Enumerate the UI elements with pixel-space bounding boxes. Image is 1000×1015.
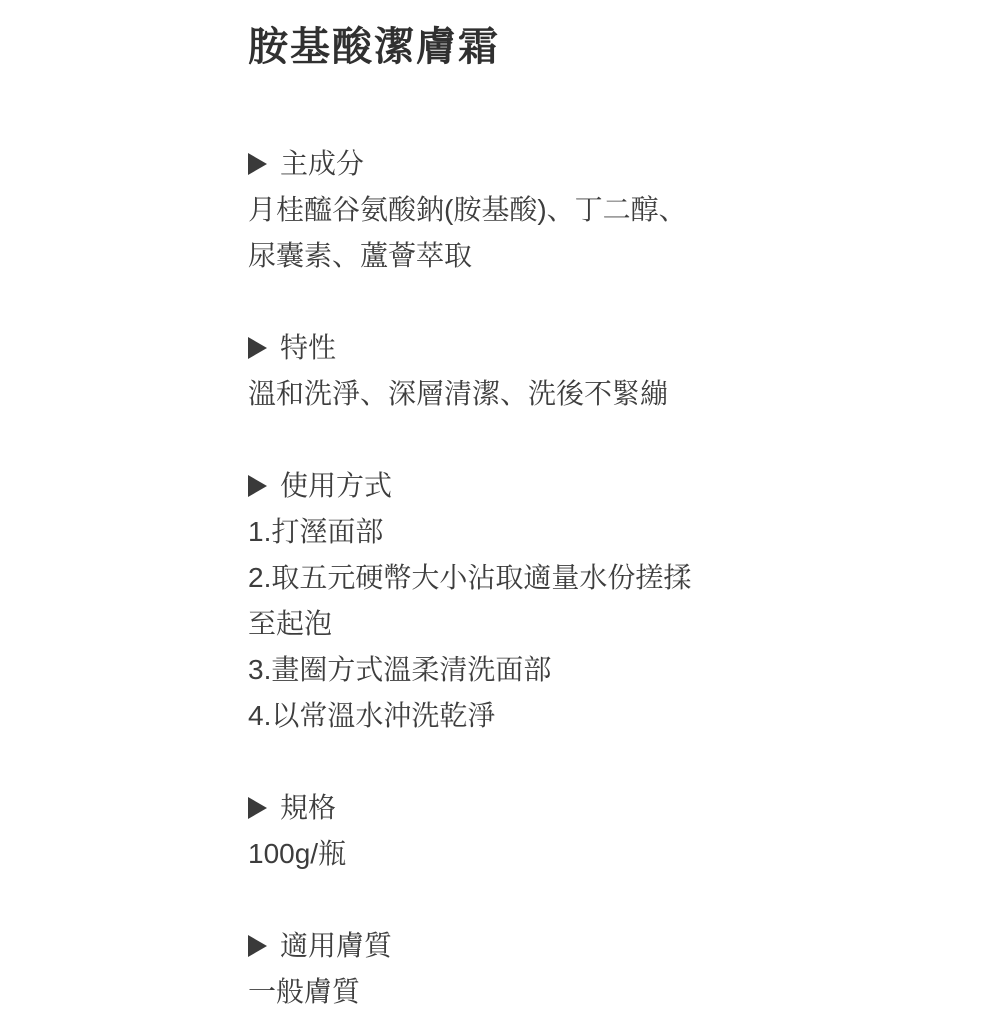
text-line: 至起泡 [248,601,788,647]
section-title: 特性 [280,325,336,371]
text-line: 100g/瓶 [248,831,788,877]
section-header: 適用膚質 [248,923,788,969]
section-header: 使用方式 [248,463,788,509]
text-line: 溫和洗淨、深層清潔、洗後不緊繃 [248,371,788,417]
triangle-marker-icon [248,153,267,175]
triangle-marker-icon [248,475,267,497]
section-title: 規格 [280,785,336,831]
text-line: 3.畫圈方式溫柔清洗面部 [248,647,788,693]
text-line: 尿囊素、蘆薈萃取 [248,233,788,279]
page-title: 胺基酸潔膚霜 [248,25,788,69]
triangle-marker-icon [248,337,267,359]
text-line: 2.取五元硬幣大小沾取適量水份搓揉 [248,555,788,601]
section-skin-type: 適用膚質 一般膚質 [248,923,788,1000]
section-main-ingredients: 主成分 月桂醯谷氨酸鈉(胺基酸)、丁二醇、 尿囊素、蘆薈萃取 [248,141,788,279]
text-line: 月桂醯谷氨酸鈉(胺基酸)、丁二醇、 [248,187,788,233]
triangle-marker-icon [248,797,267,819]
section-title: 適用膚質 [280,923,392,969]
text-line: 1.打溼面部 [248,509,788,555]
section-features: 特性 溫和洗淨、深層清潔、洗後不緊繃 [248,325,788,417]
section-usage: 使用方式 1.打溼面部 2.取五元硬幣大小沾取適量水份搓揉 至起泡 3.畫圈方式… [248,463,788,739]
section-title: 主成分 [280,141,364,187]
product-description-page: 胺基酸潔膚霜 主成分 月桂醯谷氨酸鈉(胺基酸)、丁二醇、 尿囊素、蘆薈萃取 特性… [248,25,788,1000]
triangle-marker-icon [248,935,267,957]
section-title: 使用方式 [280,463,392,509]
text-line: 4.以常溫水沖洗乾淨 [248,693,788,739]
text-line: 一般膚質 [248,969,788,1000]
section-header: 規格 [248,785,788,831]
section-header: 主成分 [248,141,788,187]
section-header: 特性 [248,325,788,371]
section-specification: 規格 100g/瓶 [248,785,788,877]
